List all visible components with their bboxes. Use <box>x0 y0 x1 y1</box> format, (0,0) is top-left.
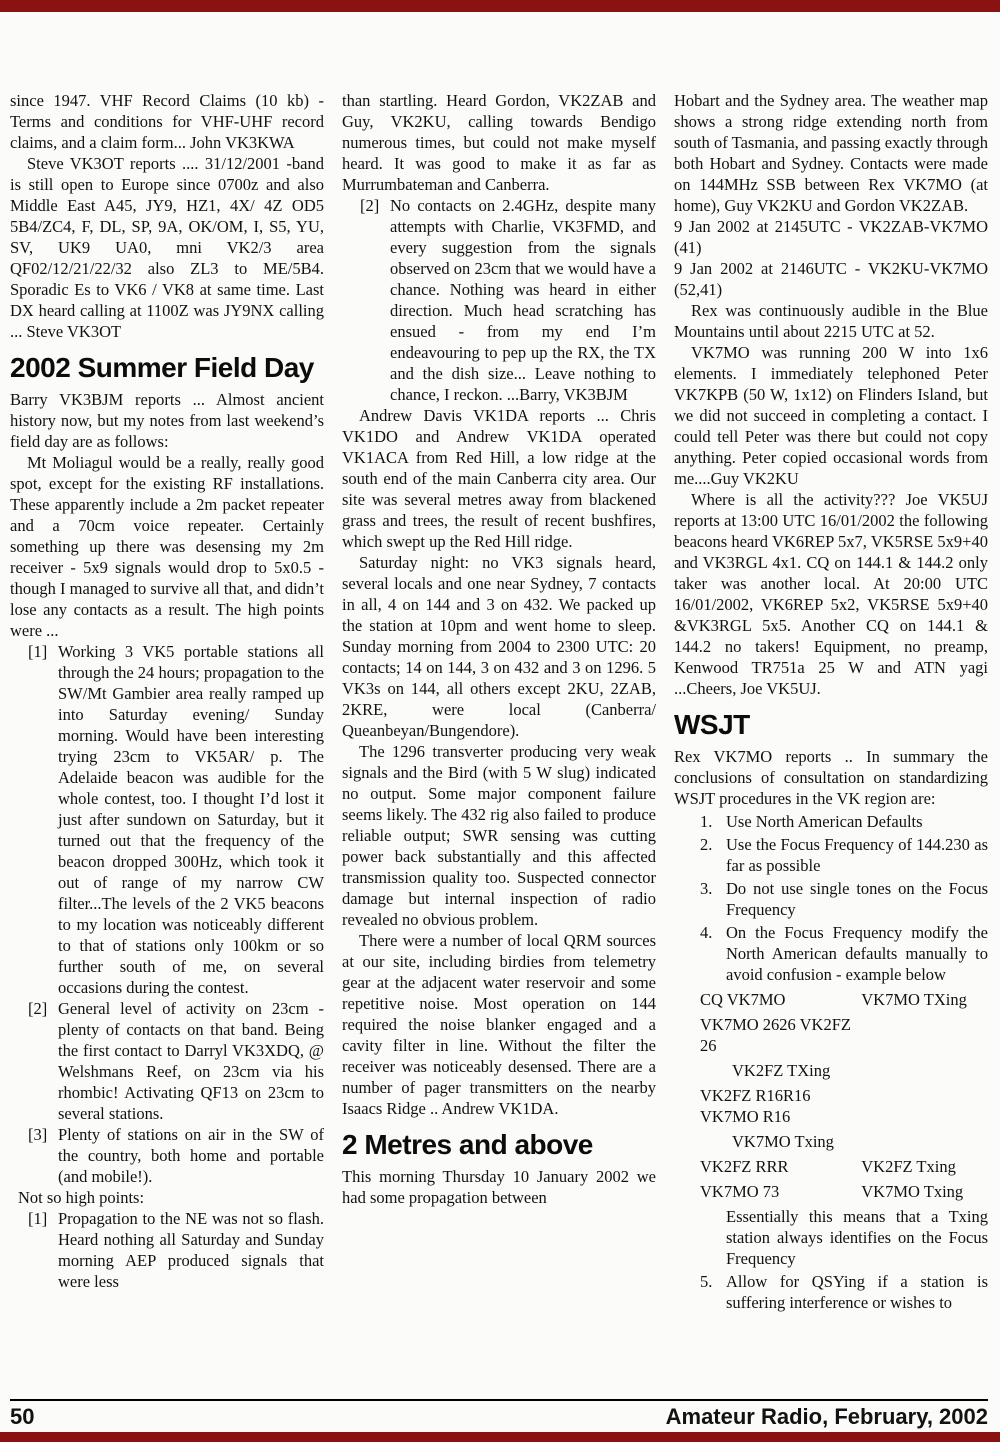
list-marker: [3] <box>28 1124 47 1145</box>
paragraph: The 1296 transverter producing very weak… <box>342 741 656 930</box>
wsjt-example-row: VK7MO 2626 VK2FZ 26 <box>700 1014 988 1056</box>
wsjt-example-row: VK2FZ TXing <box>700 1060 988 1081</box>
list-marker: [2] <box>28 998 47 1019</box>
list-item-text: Do not use single tones on the Focus Fre… <box>726 879 988 919</box>
list-item: [1] Propagation to the NE was not so fla… <box>10 1208 324 1292</box>
list-marker: [2] <box>360 195 379 216</box>
scan-border-top <box>0 0 1000 12</box>
numbered-list-item: 5. Allow for QSYing if a station is suff… <box>674 1271 988 1313</box>
wsjt-example-row: VK7MO 73 VK7MO Txing <box>700 1181 988 1202</box>
example-left: CQ VK7MO <box>700 989 861 1010</box>
paragraph: since 1947. VHF Record Claims (10 kb) - … <box>10 90 324 153</box>
magazine-page: { "footer": { "page_number": "50", "issu… <box>0 0 1000 1442</box>
paragraph: Saturday night: no VK3 signals heard, se… <box>342 552 656 741</box>
section-heading-wsjt: WSJT <box>674 709 988 741</box>
wsjt-example-block: CQ VK7MO VK7MO TXing VK7MO 2626 VK2FZ 26… <box>700 989 988 1202</box>
list-item-text: General level of activity on 23cm - plen… <box>58 999 324 1123</box>
wsjt-example-row: VK2FZ RRR VK2FZ Txing <box>700 1156 988 1177</box>
example-left: VK7MO Txing <box>700 1131 893 1152</box>
wsjt-example-row: CQ VK7MO VK7MO TXing <box>700 989 988 1010</box>
numbered-list-item: 2. Use the Focus Frequency of 144.230 as… <box>674 834 988 876</box>
list-item: [2] No contacts on 2.4GHz, despite many … <box>342 195 656 405</box>
example-left: VK7MO 73 <box>700 1181 861 1202</box>
example-left: VK2FZ RRR <box>700 1156 861 1177</box>
numbered-list-item: 3. Do not use single tones on the Focus … <box>674 878 988 920</box>
list-item-text: Propagation to the NE was not so flash. … <box>58 1209 324 1291</box>
page-content: since 1947. VHF Record Claims (10 kb) - … <box>10 90 988 1402</box>
paragraph: VK7MO was running 200 W into 1x6 element… <box>674 342 988 489</box>
journal-title: Amateur Radio, February, 2002 <box>666 1404 988 1430</box>
list-number: 5. <box>700 1271 712 1292</box>
column-3: Hobart and the Sydney area. The weather … <box>674 90 988 1402</box>
contact-log-line: 9 Jan 2002 at 2145UTC - VK2ZAB-VK7MO (41… <box>674 216 988 258</box>
page-number: 50 <box>10 1404 34 1430</box>
list-item-text: No contacts on 2.4GHz, despite many atte… <box>390 196 656 404</box>
paragraph: Mt Moliagul would be a really, really go… <box>10 452 324 641</box>
subheading-not-so-high-points: Not so high points: <box>10 1187 324 1208</box>
paragraph: Rex was continuously audible in the Blue… <box>674 300 988 342</box>
paragraph: Andrew Davis VK1DA reports ... Chris VK1… <box>342 405 656 552</box>
list-marker: [1] <box>28 1208 47 1229</box>
list-item: [2] General level of activity on 23cm - … <box>10 998 324 1124</box>
section-heading-summer-field-day: 2002 Summer Field Day <box>10 352 324 384</box>
column-1: since 1947. VHF Record Claims (10 kb) - … <box>10 90 324 1402</box>
page-footer: 50 Amateur Radio, February, 2002 <box>10 1399 988 1430</box>
list-item-text: Plenty of stations on air in the SW of t… <box>58 1125 324 1186</box>
footer-rule <box>10 1399 988 1401</box>
wsjt-example-row: VK2FZ R16R16 VK7MO R16 <box>700 1085 988 1127</box>
list-item: [1] Working 3 VK5 portable stations all … <box>10 641 324 998</box>
section-heading-2-metres-and-above: 2 Metres and above <box>342 1129 656 1161</box>
example-right: VK7MO Txing <box>861 1181 963 1202</box>
example-left: VK7MO 2626 VK2FZ 26 <box>700 1014 861 1056</box>
scan-border-bottom <box>0 1432 1000 1442</box>
paragraph: Where is all the activity??? Joe VK5UJ r… <box>674 489 988 699</box>
list-number: 3. <box>700 878 712 899</box>
list-item-text: Allow for QSYing if a station is sufferi… <box>726 1272 988 1312</box>
list-number: 4. <box>700 922 712 943</box>
paragraph: Steve VK3OT reports .... 31/12/2001 -ban… <box>10 153 324 342</box>
paragraph: This morning Thursday 10 January 2002 we… <box>342 1166 656 1208</box>
numbered-list-item: 4. On the Focus Frequency modify the Nor… <box>674 922 988 985</box>
paragraph: than startling. Heard Gordon, VK2ZAB and… <box>342 90 656 195</box>
list-marker: [1] <box>28 641 47 662</box>
example-right: VK7MO TXing <box>861 989 967 1010</box>
contact-log-line: 9 Jan 2002 at 2146UTC - VK2KU-VK7MO (52,… <box>674 258 988 300</box>
paragraph: Rex VK7MO reports .. In summary the conc… <box>674 746 988 809</box>
paragraph: Barry VK3BJM reports ... Almost ancient … <box>10 389 324 452</box>
paragraph: There were a number of local QRM sources… <box>342 930 656 1119</box>
wsjt-example-note: Essentially this means that a Txing stat… <box>726 1206 988 1269</box>
list-item-text: Use the Focus Frequency of 144.230 as fa… <box>726 835 988 875</box>
paragraph: Hobart and the Sydney area. The weather … <box>674 90 988 216</box>
list-number: 1. <box>700 811 712 832</box>
example-left: VK2FZ TXing <box>700 1060 893 1081</box>
list-item-text: On the Focus Frequency modify the North … <box>726 923 988 984</box>
list-number: 2. <box>700 834 712 855</box>
example-left: VK2FZ R16R16 VK7MO R16 <box>700 1085 861 1127</box>
numbered-list-item: 1. Use North American Defaults <box>674 811 988 832</box>
list-item-text: Use North American Defaults <box>726 812 923 831</box>
list-item: [3] Plenty of stations on air in the SW … <box>10 1124 324 1187</box>
example-right: VK2FZ Txing <box>861 1156 956 1177</box>
list-item-text: Working 3 VK5 portable stations all thro… <box>58 642 324 997</box>
wsjt-example-row: VK7MO Txing <box>700 1131 988 1152</box>
column-2: than startling. Heard Gordon, VK2ZAB and… <box>342 90 656 1402</box>
